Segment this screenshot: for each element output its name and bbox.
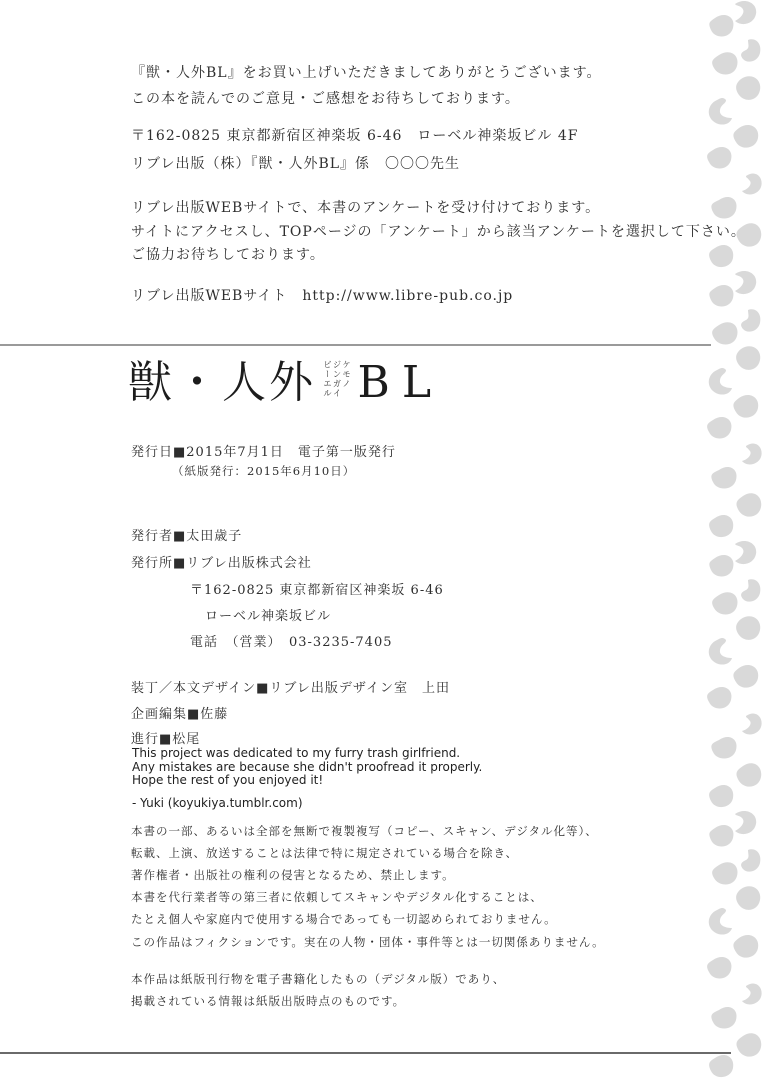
thanks-block: 『獣・人外BL』をお買い上げいただきましてありがとうございます。 この本を読んで… [131,60,601,112]
scanlator-note-line: Hope the rest of you enjoyed it! [132,774,482,788]
scanlator-note: This project was dedicated to my furry t… [132,747,482,810]
digital-edition-note-block: 本作品は紙版刊行物を電子書籍化したもの（デジタル版）であり、 掲載されている情報… [131,968,505,1012]
copyright-line: 転載、上演、放送することは法律で特に規定されている場合を除き、 [131,842,598,864]
publisher-phone-line: 電話 （営業） 03-3235-7405 [190,631,393,650]
furigana-column: ビーエル [321,360,331,398]
digital-edition-line: 掲載されている情報は紙版出版時点のものです。 [131,990,505,1012]
publisher-person-line: 発行者■太田歳子 [131,525,242,544]
fan-letter-address-line: 〒162-0825 東京都新宿区神楽坂 6-46 ローベル神楽坂ビル 4F [131,122,579,150]
fan-letter-address-line: リブレ出版（株）『獣・人外BL』係 〇〇〇先生 [131,150,579,178]
paper-edition-date-line: （紙版発行：2015年6月10日） [172,463,355,479]
book-title-kanji: 獣・人外 [128,357,316,409]
copyright-line: 本書の一部、あるいは全部を無断で複製複写（コピー、スキャン、デジタル化等）、 [131,820,598,842]
furigana-column: ジンガイ [331,360,341,398]
fan-letter-address-block: 〒162-0825 東京都新宿区神楽坂 6-46 ローベル神楽坂ビル 4F リブ… [131,122,579,178]
survey-line: サイトにアクセスし、TOPページの「アンケート」から該当アンケートを選択して下さ… [131,221,746,245]
fiction-disclaimer-line: この作品はフィクションです。実在の人物・団体・事件等とは一切関係ありません。 [131,931,605,953]
book-title-latin: BL [358,357,444,409]
scanlator-signature: - Yuki (koyukiya.tumblr.com) [132,797,482,811]
leopard-pattern-border [705,0,762,1080]
scanlator-note-line: This project was dedicated to my furry t… [132,747,482,761]
publisher-address-line: ローベル神楽坂ビル [205,605,331,624]
copyright-line: たとえ個人や家庭内で使用する場合であっても一切認められておりません。 [131,908,598,930]
book-title: 獣・人外 ビーエル ジンガイ ケモノ BL [128,357,443,409]
publisher-company-line: 発行所■リブレ出版株式会社 [131,552,312,571]
design-credit-line: 装丁／本文デザイン■リブレ出版デザイン室 上田 [131,677,450,696]
section-divider [0,344,711,346]
editing-credit-line: 企画編集■佐藤 [131,703,228,722]
digital-edition-line: 本作品は紙版刊行物を電子書籍化したもの（デジタル版）であり、 [131,968,505,990]
bottom-rule [0,1052,731,1054]
survey-info-block: リブレ出版WEBサイトで、本書のアンケートを受け付けております。 サイトにアクセ… [131,197,746,268]
copyright-line: 本書を代行業者等の第三者に依頼してスキャンやデジタル化することは、 [131,886,598,908]
publisher-website-line: リブレ出版WEBサイト http://www.libre-pub.co.jp [131,283,513,309]
progress-credit-line: 進行■松尾 [131,728,200,747]
furigana-column: ケモノ [340,360,350,398]
survey-line: ご協力お待ちしております。 [131,244,746,268]
book-title-furigana: ビーエル ジンガイ ケモノ [321,360,350,398]
issue-date-line: 発行日■2015年7月1日 電子第一版発行 [131,441,396,460]
thanks-line: この本を読んでのご意見・ご感想をお待ちしております。 [131,86,601,112]
copyright-notice-block: 本書の一部、あるいは全部を無断で複製複写（コピー、スキャン、デジタル化等）、 転… [131,820,598,930]
copyright-line: 著作権者・出版社の権利の侵害となるため、禁止します。 [131,864,598,886]
publisher-address-line: 〒162-0825 東京都新宿区神楽坂 6-46 [190,579,444,598]
scanlator-note-line: Any mistakes are because she didn't proo… [132,761,482,775]
thanks-line: 『獣・人外BL』をお買い上げいただきましてありがとうございます。 [131,60,601,86]
survey-line: リブレ出版WEBサイトで、本書のアンケートを受け付けております。 [131,197,746,221]
